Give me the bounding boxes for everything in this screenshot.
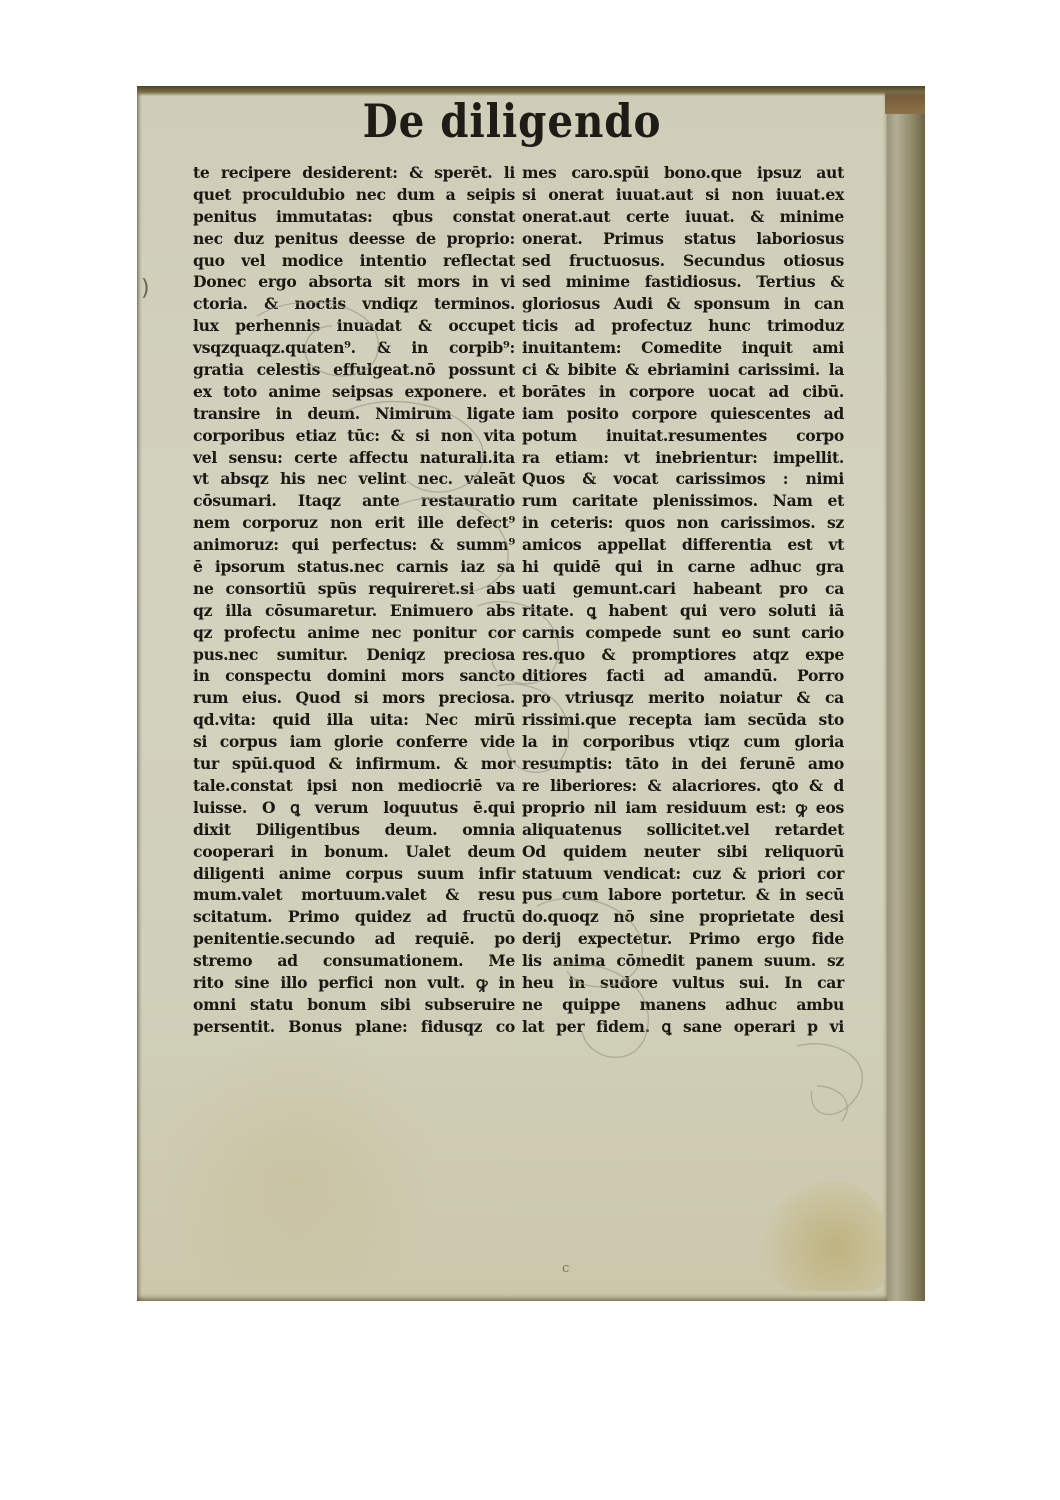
page-top-edge: [137, 86, 925, 96]
text-line: vel sensu: certe affectu naturali.ita: [193, 447, 515, 469]
text-line: si onerat iuuat.aut si non iuuat.ex: [522, 184, 844, 206]
text-line: amicos appellat differentia est vt: [522, 534, 844, 556]
text-line: lis anima cōmedit panem suum. sz: [522, 950, 844, 972]
text-line: vsqzquaqz.quaten⁹. & in corpib⁹:: [193, 337, 515, 359]
text-line: la in corporibus vtiqz cum gloria: [522, 731, 844, 753]
foliation-mark: c: [562, 1261, 569, 1276]
text-line: sed minime fastidiosus. Tertius &: [522, 271, 844, 293]
text-line: penitentie.secundo ad requiē. po: [193, 928, 515, 950]
text-line: uati gemunt.cari habeant pro ca: [522, 578, 844, 600]
text-line: ra etiam: vt inebrientur: impellit.: [522, 447, 844, 469]
text-line: nem corporuz non erit ille defect⁹: [193, 512, 515, 534]
text-line: aliquatenus sollicitet.vel retardet: [522, 819, 844, 841]
text-line: in ceteris: quos non carissimos. sz: [522, 512, 844, 534]
text-line: pus.nec sumitur. Deniqz preciosa: [193, 644, 515, 666]
text-line: inuitantem: Comedite inquit ami: [522, 337, 844, 359]
text-line: carnis compede sunt eo sunt cario: [522, 622, 844, 644]
text-line: rito sine illo perfici non vult. ꝙ in: [193, 972, 515, 994]
text-line: rum eius. Quod si mors preciosa.: [193, 687, 515, 709]
book-binding-edge: [887, 86, 925, 1301]
text-line: lux perhennis inuadat & occupet: [193, 315, 515, 337]
text-line: re liberiores: & alacriores. ꝗto & d: [522, 775, 844, 797]
text-line: iam posito corpore quiescentes ad: [522, 403, 844, 425]
text-line: mes caro.spūi bono.que ipsuz aut: [522, 162, 844, 184]
text-line: hi quidē qui in carne adhuc gra: [522, 556, 844, 578]
text-line: animoruz: qui perfectus: & summ⁹: [193, 534, 515, 556]
text-line: in conspectu domini mors sancto: [193, 665, 515, 687]
text-line: ci & bibite & ebriamini carissimi. la: [522, 359, 844, 381]
text-line: ritate. ꝗ habent qui vero soluti iā: [522, 600, 844, 622]
text-line: derij expectetur. Primo ergo fide: [522, 928, 844, 950]
text-line: vt absqz his nec velint nec. valeāt: [193, 468, 515, 490]
water-stain: [167, 1021, 427, 1281]
text-line: sed fructuosus. Secundus otiosus: [522, 250, 844, 272]
text-line: Donec ergo absorta sit mors in vi: [193, 271, 515, 293]
scanned-page: De diligendo ) te recipere desiderent: &…: [137, 86, 925, 1301]
text-line: luisse. O ꝗ verum loquutus ē.qui: [193, 797, 515, 819]
text-line: persentit. Bonus plane: fidusqz co: [193, 1016, 515, 1038]
text-line: cōsumari. Itaqz ante restauratio: [193, 490, 515, 512]
text-line: si corpus iam glorie conferre vide: [193, 731, 515, 753]
text-line: Od quidem neuter sibi reliquorū: [522, 841, 844, 863]
text-line: pro vtriusqz merito noiatur & ca: [522, 687, 844, 709]
text-column-left: te recipere desiderent: & sperēt. liquet…: [193, 162, 515, 1038]
text-line: proprio nil iam residuum est: ꝙ eos: [522, 797, 844, 819]
text-line: nec duz penitus deesse de proprio:: [193, 228, 515, 250]
text-line: gratia celestis effulgeat.nō possunt: [193, 359, 515, 381]
text-line: qd.vita: quid illa uita: Nec mirū: [193, 709, 515, 731]
text-line: heu in sudore vultus sui. In car: [522, 972, 844, 994]
margin-mark: ): [141, 276, 150, 301]
text-line: rissimi.que recepta iam secūda sto: [522, 709, 844, 731]
text-line: transire in deum. Nimirum ligate: [193, 403, 515, 425]
text-line: ne consortiū spūs requireret.si abs: [193, 578, 515, 600]
text-line: ditiores facti ad amandū. Porro: [522, 665, 844, 687]
text-line: scitatum. Primo quidez ad fructū: [193, 906, 515, 928]
text-line: qz profectu anime nec ponitur cor: [193, 622, 515, 644]
text-line: lat per fidem. ꝗ sane operari p vi: [522, 1016, 844, 1038]
text-line: corporibus etiaz tūc: & si non vita: [193, 425, 515, 447]
text-line: resumptis: tāto in dei ferunē amo: [522, 753, 844, 775]
text-line: statuum vendicat: cuz & priori cor: [522, 863, 844, 885]
text-line: do.quoqz nō sine proprietate desi: [522, 906, 844, 928]
text-line: ne quippe manens adhuc ambu: [522, 994, 844, 1016]
text-line: ticis ad profectuz hunc trimoduz: [522, 315, 844, 337]
running-head: De diligendo: [182, 94, 842, 148]
text-line: penitus immutatas: qbus constat: [193, 206, 515, 228]
text-line: Quos & vocat carissimos : nimi: [522, 468, 844, 490]
text-line: ctoria. & noctis vndiqz terminos.: [193, 293, 515, 315]
text-line: rum caritate plenissimos. Nam et: [522, 490, 844, 512]
text-line: quet proculdubio nec dum a seipis: [193, 184, 515, 206]
text-line: ē ipsorum status.nec carnis iaz sa: [193, 556, 515, 578]
text-line: te recipere desiderent: & sperēt. li: [193, 162, 515, 184]
text-line: pus cum labore portetur. & in secū: [522, 884, 844, 906]
text-line: quo vel modice intentio reflectat: [193, 250, 515, 272]
text-line: mum.valet mortuum.valet & resu: [193, 884, 515, 906]
text-line: tale.constat ipsi non mediocriē va: [193, 775, 515, 797]
text-line: tur spūi.quod & infirmum. & mor: [193, 753, 515, 775]
text-line: omni statu bonum sibi subseruire: [193, 994, 515, 1016]
paper-leaf: De diligendo ) te recipere desiderent: &…: [137, 86, 887, 1301]
text-line: onerat.aut certe iuuat. & minime: [522, 206, 844, 228]
text-line: res.quo & promptiores atqz expe: [522, 644, 844, 666]
text-line: diligenti anime corpus suum infir: [193, 863, 515, 885]
text-line: stremo ad consumationem. Me: [193, 950, 515, 972]
text-line: gloriosus Audi & sponsum in can: [522, 293, 844, 315]
text-line: dixit Diligentibus deum. omnia: [193, 819, 515, 841]
text-line: borātes in corpore uocat ad cibū.: [522, 381, 844, 403]
text-line: qz illa cōsumaretur. Enimuero abs: [193, 600, 515, 622]
text-line: ex toto anime seipsas exponere. et: [193, 381, 515, 403]
text-line: onerat. Primus status laboriosus: [522, 228, 844, 250]
text-line: potum inuitat.resumentes corpo: [522, 425, 844, 447]
text-column-right: mes caro.spūi bono.que ipsuz autsi onera…: [522, 162, 844, 1038]
text-line: cooperari in bonum. Ualet deum: [193, 841, 515, 863]
water-stain: [763, 1181, 883, 1291]
